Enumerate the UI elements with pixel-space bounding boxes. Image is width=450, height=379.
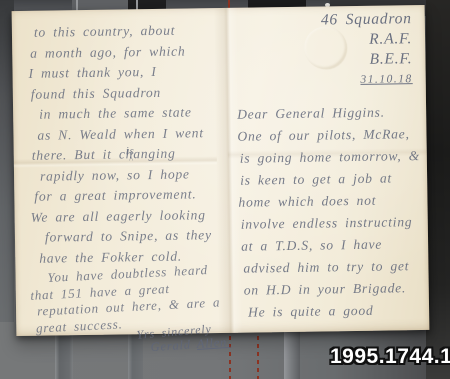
- letterhead-date: 31.10.18: [293, 73, 413, 87]
- handwriting-line: home which does not: [238, 189, 423, 214]
- handwriting-line: is keen to get a job at: [240, 167, 423, 192]
- letter-sheet: to this country, about a month ago, for …: [12, 5, 430, 336]
- handwriting-line: involve endless instructing: [241, 211, 424, 236]
- signature-last-name: Allen.: [196, 335, 231, 351]
- letterhead: 46 Squadron R.A.F. B.E.F. 31.10.18: [292, 9, 413, 87]
- letterhead-field: B.E.F.: [292, 49, 412, 71]
- handwriting-line: for a great improvement.: [34, 184, 230, 207]
- handwriting-line: He is quite a good: [248, 299, 425, 324]
- letterhead-unit: 46 Squadron: [292, 9, 412, 31]
- handwriting-line: rapidly now, so I hope: [40, 163, 230, 186]
- handwriting-line: is going home tomorrow, &: [240, 145, 423, 170]
- salutation-line: Dear General Higgins.: [237, 101, 422, 126]
- handwriting-line: to this country, about: [34, 20, 228, 43]
- letter-left-page: to this country, about a month ago, for …: [28, 20, 232, 269]
- handwriting-line: in much the same state: [39, 102, 229, 125]
- handwriting-line: on H.D in your Brigade.: [244, 277, 425, 302]
- right-edge-dark-band: [426, 0, 450, 379]
- photo-background: to this country, about a month ago, for …: [0, 0, 450, 379]
- handwriting-line: as N. Weald when I went: [37, 122, 229, 145]
- signature-first-name: Gerald: [150, 337, 191, 354]
- handwriting-line: at a T.D.S, so I have: [241, 233, 424, 258]
- red-stitch-line: [257, 328, 259, 379]
- handwriting-line: advised him to try to get: [243, 255, 424, 280]
- handwriting-line: One of our pilots, McRae,: [237, 123, 422, 148]
- letterhead-force: R.A.F.: [292, 29, 412, 51]
- letter-right-page: Dear General Higgins. One of our pilots,…: [237, 101, 425, 324]
- accession-number-label: 1995.1744.1: [330, 345, 450, 369]
- insertion-caret: ^: [129, 154, 134, 164]
- handwriting-line: found this Squadron: [31, 81, 229, 104]
- handwriting-line: forward to Snipe, as they: [45, 225, 231, 248]
- handwriting-line: a month ago, for which: [30, 40, 228, 63]
